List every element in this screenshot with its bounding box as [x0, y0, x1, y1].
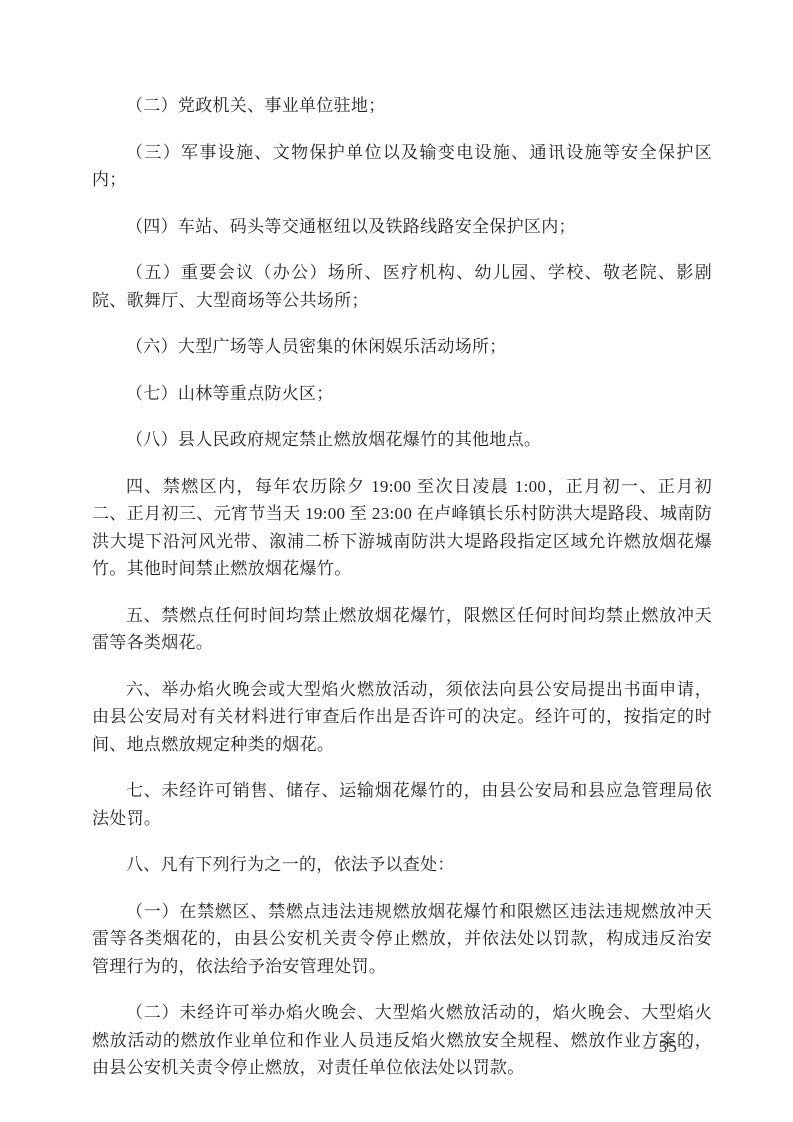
paragraph-item-3: （三）军事设施、文物保护单位以及输变电设施、通讯设施等安全保护区内；: [92, 139, 712, 194]
paragraph-item-4: （四）车站、码头等交通枢纽以及铁路线路安全保护区内；: [92, 213, 712, 241]
page-number: – 55 –: [644, 1036, 693, 1058]
paragraph-item-8: （八）县人民政府规定禁止燃放烟花爆竹的其他地点。: [92, 426, 712, 454]
paragraph-subitem-1: （一）在禁燃区、禁燃点违法违规燃放烟花爆竹和限燃区违法违规燃放冲天雷等各类烟花的…: [92, 898, 712, 981]
paragraph-section-8: 八、凡有下列行为之一的，依法予以查处：: [92, 851, 712, 879]
paragraph-section-4: 四、禁燃区内，每年农历除夕 19:00 至次日凌晨 1:00，正月初一、正月初二…: [92, 473, 712, 583]
paragraph-section-6: 六、举办焰火晚会或大型焰火燃放活动，须依法向县公安局提出书面申请，由县公安局对有…: [92, 676, 712, 759]
paragraph-section-5: 五、禁燃点任何时间均禁止燃放烟花爆竹，限燃区任何时间均禁止燃放冲天雷等各类烟花。: [92, 602, 712, 657]
paragraph-item-6: （六）大型广场等人员密集的休闲娱乐活动场所；: [92, 333, 712, 361]
paragraph-section-7: 七、未经许可销售、储存、运输烟花爆竹的，由县公安局和县应急管理局依法处罚。: [92, 777, 712, 832]
document-body: （二）党政机关、事业单位驻地； （三）军事设施、文物保护单位以及输变电设施、通讯…: [92, 92, 712, 1082]
paragraph-item-2: （二）党政机关、事业单位驻地；: [92, 92, 712, 120]
document-page: （二）党政机关、事业单位驻地； （三）军事设施、文物保护单位以及输变电设施、通讯…: [0, 0, 793, 1122]
paragraph-item-5: （五）重要会议（办公）场所、医疗机构、幼儿园、学校、敬老院、影剧院、歌舞厅、大型…: [92, 259, 712, 314]
paragraph-item-7: （七）山林等重点防火区；: [92, 380, 712, 408]
paragraph-subitem-2: （二）未经许可举办焰火晚会、大型焰火燃放活动的，焰火晚会、大型焰火燃放活动的燃放…: [92, 999, 712, 1082]
